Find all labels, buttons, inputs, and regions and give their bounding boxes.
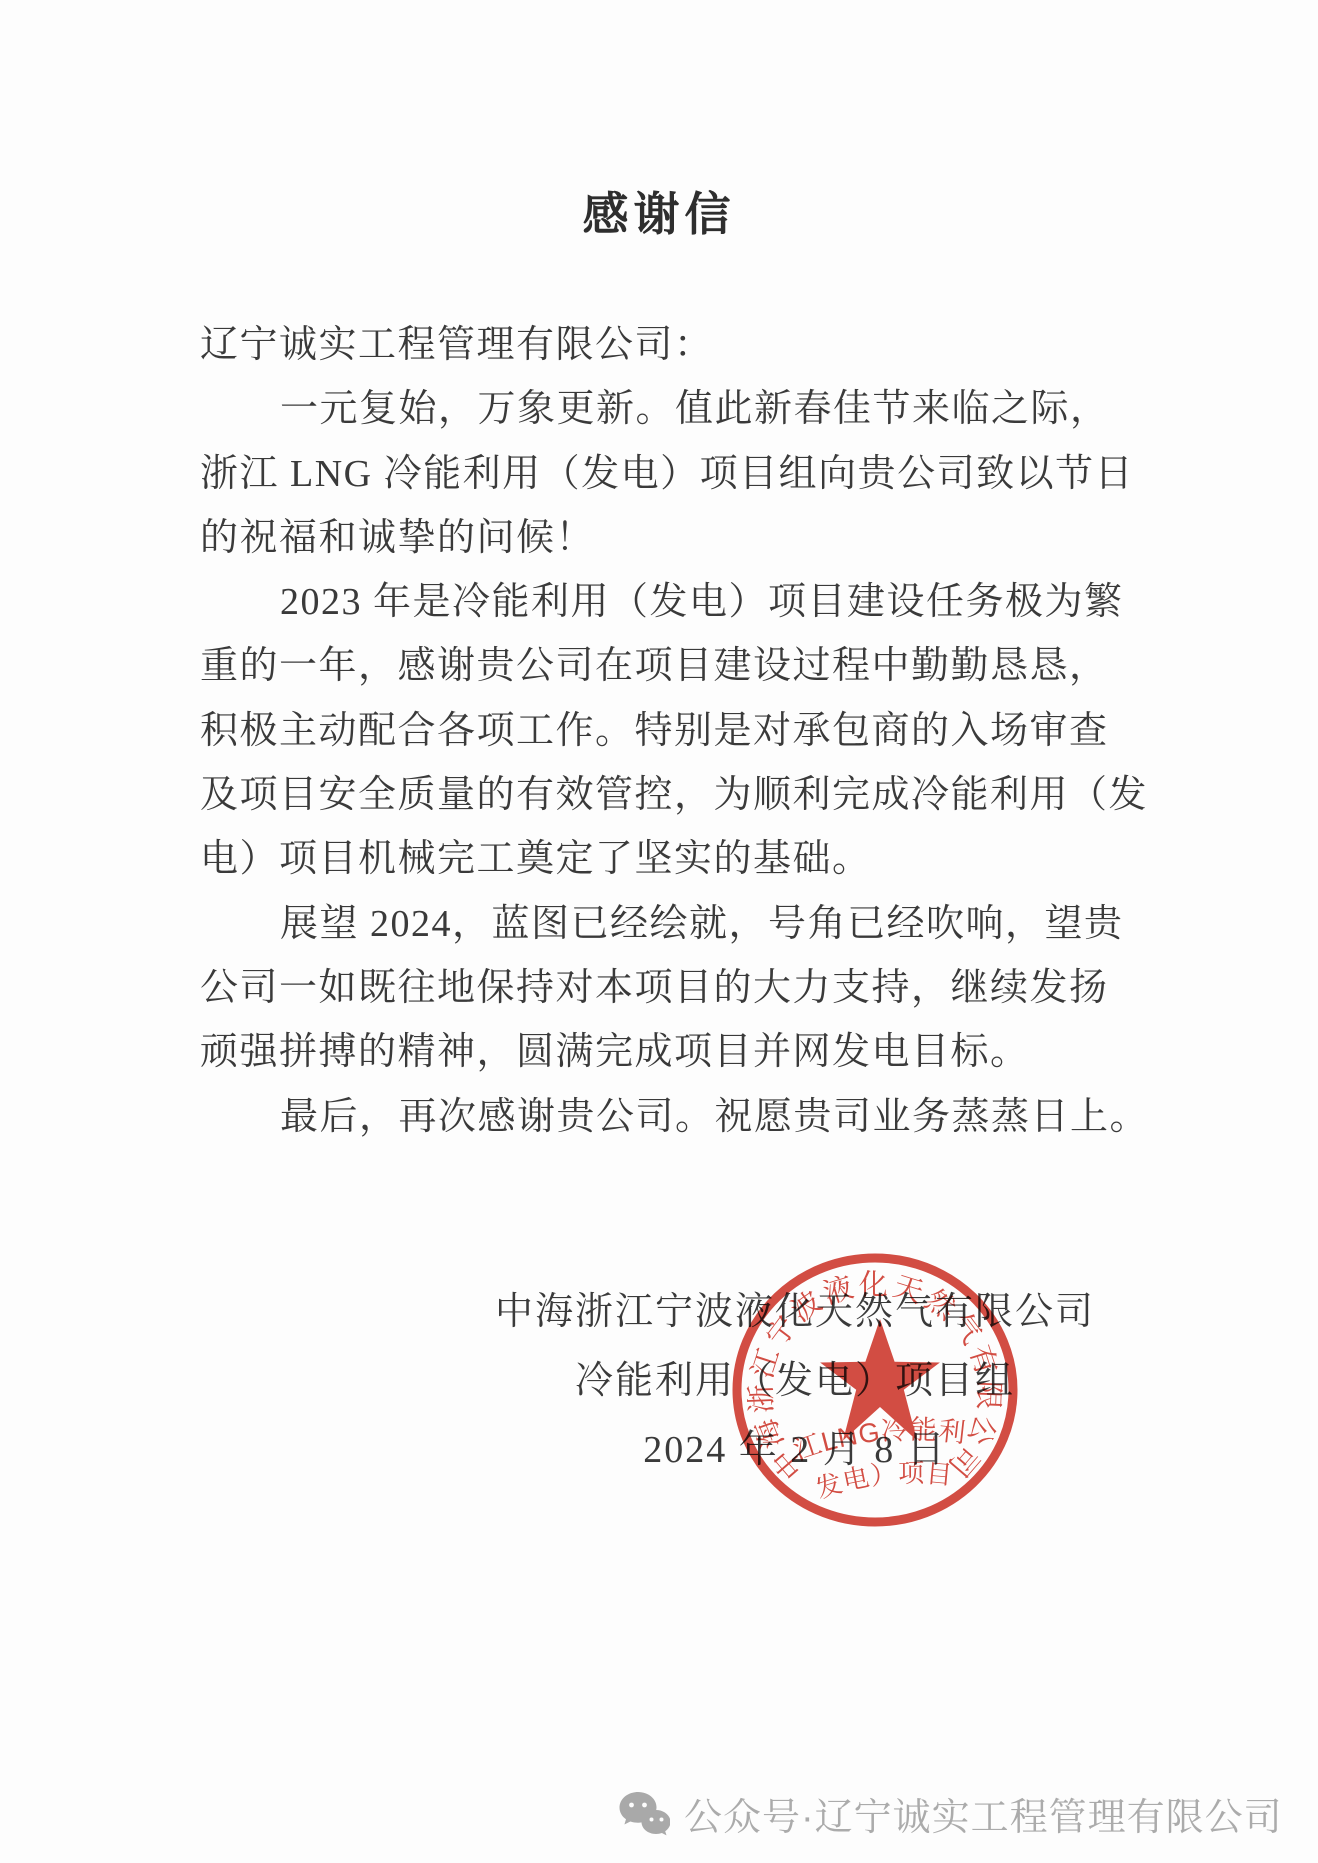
letter-body: 辽宁诚实工程管理有限公司： 一元复始，万象更新。值此新春佳节来临之际， 浙江 L… (200, 313, 1125, 1149)
letter-line: 电）项目机械完工奠定了坚实的基础。 (200, 827, 1125, 891)
letter-line: 积极主动配合各项工作。特别是对承包商的入场审查 (200, 699, 1125, 763)
salutation-line: 辽宁诚实工程管理有限公司： (200, 313, 1125, 377)
letter-line: 一元复始，万象更新。值此新春佳节来临之际， (200, 377, 1125, 441)
wechat-footer: 公众号·辽宁诚实工程管理有限公司 (618, 1786, 1283, 1841)
letter-line: 顽强拼搏的精神，圆满完成项目并网发电目标。 (200, 1020, 1125, 1084)
signature-block: 中海浙江宁波液化天然气有限公司 冷能利用（发电）项目组 2024 年 2 月 8… (430, 1278, 1160, 1485)
footer-account-text: 公众号·辽宁诚实工程管理有限公司 (684, 1786, 1283, 1841)
signature-company: 中海浙江宁波液化天然气有限公司 (430, 1278, 1160, 1347)
letter-line: 重的一年，感谢贵公司在项目建设过程中勤勤恳恳， (200, 634, 1125, 698)
wechat-icon (618, 1790, 670, 1838)
letter-line: 公司一如既往地保持对本项目的大力支持，继续发扬 (200, 956, 1125, 1020)
letter-line: 浙江 LNG 冷能利用（发电）项目组向贵公司致以节日 (200, 442, 1125, 506)
signature-date: 2024 年 2 月 8 日 (430, 1416, 1160, 1485)
letter-line: 及项目安全质量的有效管控，为顺利完成冷能利用（发 (200, 763, 1125, 827)
letter-line: 的祝福和诚挚的问候！ (200, 506, 1125, 570)
letter-page: 感谢信 辽宁诚实工程管理有限公司： 一元复始，万象更新。值此新春佳节来临之际， … (0, 0, 1318, 1863)
letter-title: 感谢信 (0, 178, 1318, 244)
letter-line: 2023 年是冷能利用（发电）项目建设任务极为繁 (200, 570, 1125, 634)
letter-line: 展望 2024，蓝图已经绘就，号角已经吹响，望贵 (200, 892, 1125, 956)
signature-team: 冷能利用（发电）项目组 (430, 1347, 1160, 1416)
letter-line: 最后，再次感谢贵公司。祝愿贵司业务蒸蒸日上。 (200, 1085, 1125, 1149)
